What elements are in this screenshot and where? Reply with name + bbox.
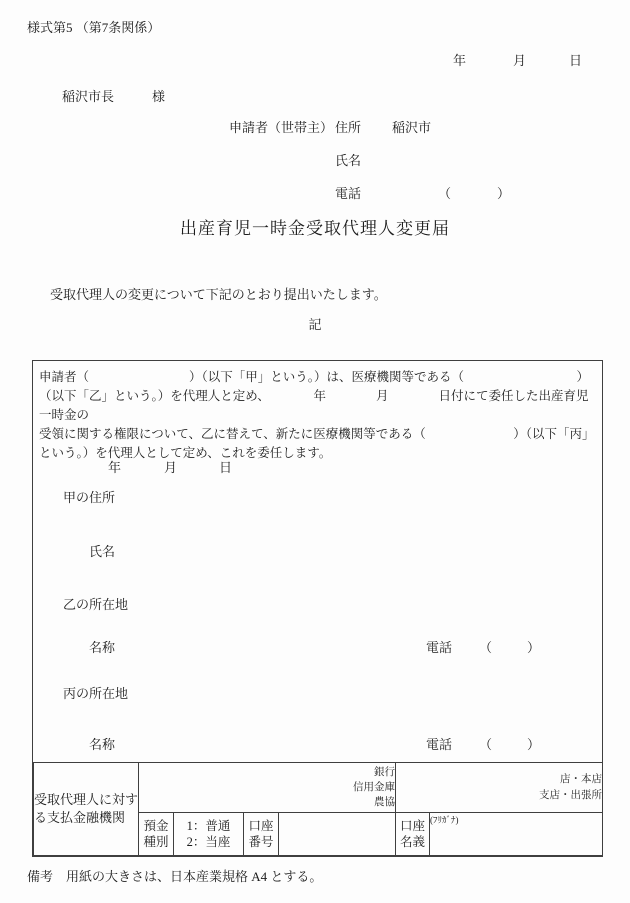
box-date-year-label: 年 [108, 457, 121, 476]
deposit-type-label: 預金 種別 [139, 813, 174, 856]
hei-phone-label: 電話 [426, 734, 452, 753]
box-date-day-label: 日 [219, 457, 232, 476]
document-page: 様式第5 （第7条関係） 年 月 日 稲沢市長 様 申請者（世帯主） 住所 稲沢… [0, 0, 630, 903]
delegation-paragraph: 申請者（ ）（以下「甲」という。）は、医療機関等である（ ） （以下「乙」という… [39, 368, 596, 463]
account-number-line1: 口座 [244, 818, 278, 834]
furigana-label: (ﾌﾘｶﾞﾅ) [430, 815, 459, 825]
hei-phone-paren-close: ） [527, 734, 540, 753]
footer-note: 備考 用紙の大きさは、日本産業規格 A4 とする。 [27, 866, 322, 885]
bank-name-cell: 銀行 信用金庫 農協 [139, 763, 396, 813]
branch-type-sub: 支店・出張所 [396, 788, 602, 804]
box-date-month-label: 月 [164, 457, 177, 476]
applicant-name-label: 氏名 [335, 150, 361, 169]
deposit-option-current: 2：当座 [174, 834, 243, 850]
applicant-label: 申請者（世帯主） [229, 117, 333, 136]
applicant-address-label: 住所 [335, 117, 361, 136]
deposit-label-line2: 種別 [139, 834, 173, 850]
applicant-phone-paren-close: ） [497, 183, 510, 202]
deposit-options: 1：普通 2：当座 [174, 813, 244, 856]
account-name-line2: 名義 [396, 834, 429, 850]
account-name-field: (ﾌﾘｶﾞﾅ) [430, 813, 603, 856]
paragraph-line-2: （以下「乙」という。）を代理人と定め、 年 月 日付にて委任した出産育児一時金の [39, 387, 596, 425]
bank-type-bank: 銀行 [139, 765, 395, 780]
branch-cell: 店・本店 支店・出張所 [396, 763, 603, 813]
deposit-label-line1: 預金 [139, 818, 173, 834]
otsu-location-label: 乙の所在地 [63, 594, 128, 613]
branch-type-main: 店・本店 [396, 772, 602, 788]
form-code: 様式第5 （第7条関係） [27, 17, 160, 36]
hei-name-label: 名称 [89, 734, 115, 753]
header-date-month-label: 月 [513, 50, 526, 69]
deposit-option-ordinary: 1：普通 [174, 818, 243, 834]
account-name-label: 口座 名義 [396, 813, 430, 856]
otsu-name-label: 名称 [89, 637, 115, 656]
header-date-year-label: 年 [453, 50, 466, 69]
account-number-label: 口座 番号 [244, 813, 279, 856]
account-number-field [279, 813, 396, 856]
paragraph-line-3: 受領に関する権限について、乙に替えて、新たに医療機関等である（ ）（以下「丙」 [39, 425, 596, 444]
otsu-phone-paren-close: ） [527, 637, 540, 656]
hei-location-label: 丙の所在地 [63, 683, 128, 702]
kou-address-label: 甲の住所 [63, 487, 115, 506]
otsu-phone-paren-open: （ [479, 637, 492, 656]
account-number-line2: 番号 [244, 834, 278, 850]
otsu-phone-label: 電話 [426, 637, 452, 656]
delegation-box: 申請者（ ）（以下「甲」という。）は、医療機関等である（ ） （以下「乙」という… [32, 360, 603, 857]
bank-table: 受取代理人に対する支払金融機関 銀行 信用金庫 農協 店・本店 支店・出張所 預… [33, 762, 603, 856]
ki-label: 記 [0, 314, 630, 333]
bank-type-shinkin: 信用金庫 [139, 780, 395, 795]
addressee-honorific: 様 [152, 86, 165, 105]
hei-phone-paren-open: （ [479, 734, 492, 753]
bank-row-label: 受取代理人に対する支払金融機関 [34, 763, 139, 856]
applicant-phone-paren-open: （ [438, 183, 451, 202]
page-title: 出産育児一時金受取代理人変更届 [0, 214, 630, 239]
applicant-phone-label: 電話 [335, 183, 361, 202]
account-name-line1: 口座 [396, 818, 429, 834]
kou-name-label: 氏名 [89, 541, 115, 560]
header-date-day-label: 日 [569, 50, 582, 69]
applicant-address-value: 稲沢市 [392, 117, 431, 136]
intro-sentence: 受取代理人の変更について下記のとおり提出いたします。 [50, 284, 387, 303]
paragraph-line-4: という。）を代理人として定め、これを委任します。 [39, 444, 596, 463]
addressee: 稲沢市長 [62, 86, 114, 105]
bank-type-nokyo: 農協 [139, 795, 395, 810]
paragraph-line-1: 申請者（ ）（以下「甲」という。）は、医療機関等である（ ） [39, 368, 596, 387]
